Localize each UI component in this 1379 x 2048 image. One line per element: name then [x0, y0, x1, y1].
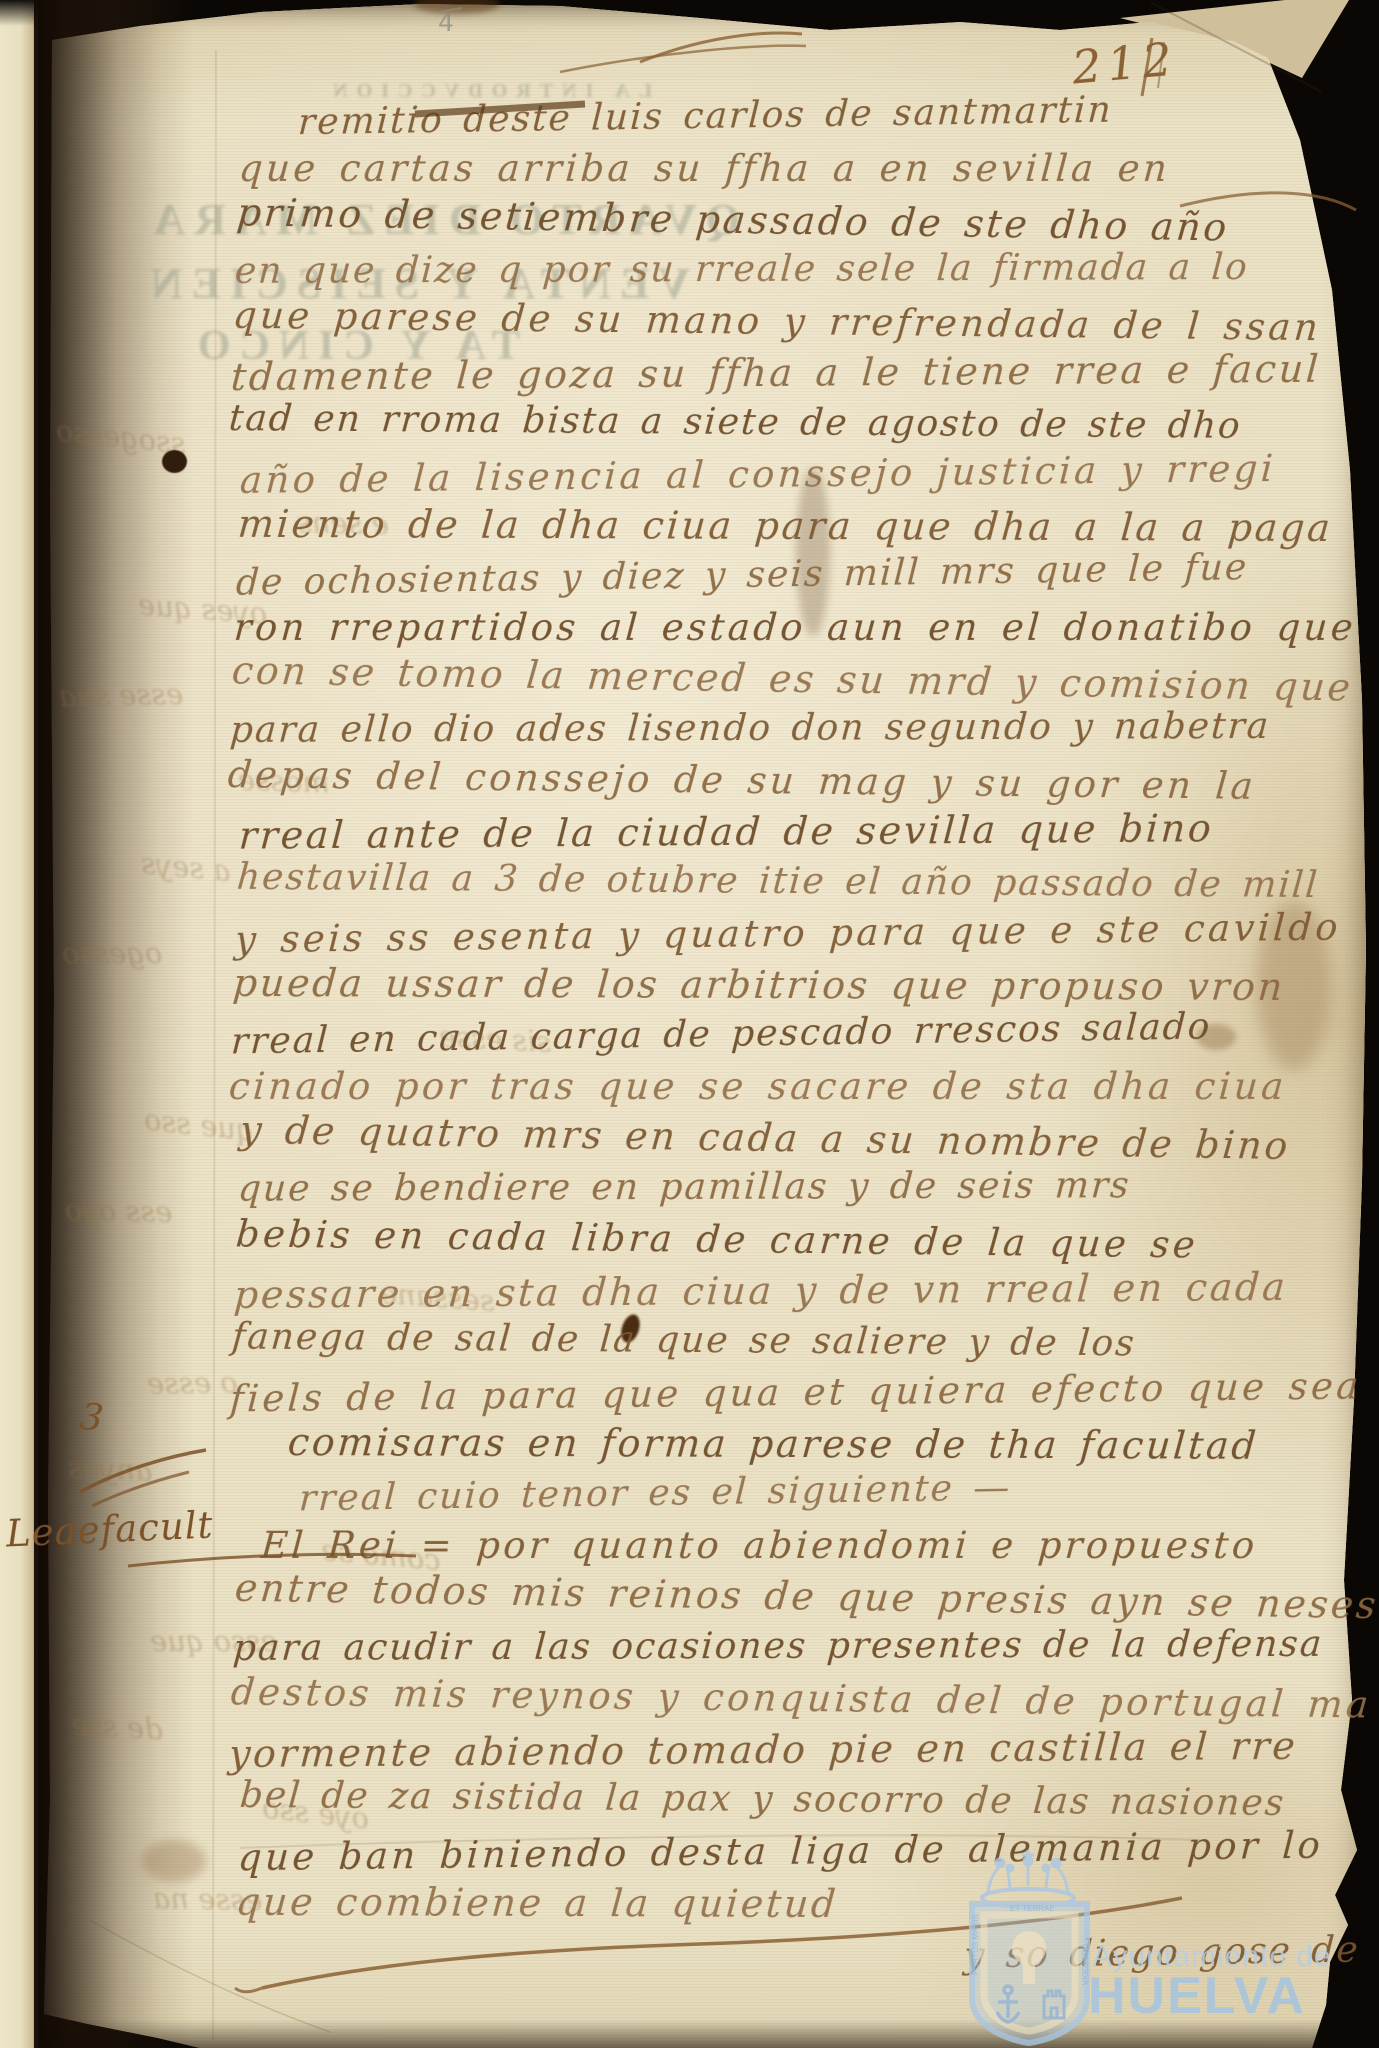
manuscript-line: remitio deste luis carlos de santmartin	[297, 90, 1114, 144]
manuscript-line: que se bendiere en pamillas y de seis mr…	[237, 1165, 1132, 1209]
manuscript-line: fiels de la para que qua et quiera efect…	[229, 1364, 1363, 1420]
manuscript-line: El Rei = por quanto abiendomi e propuest…	[259, 1524, 1259, 1567]
manuscript-line: para acudir a las ocasiones presentes de…	[232, 1624, 1325, 1669]
handwritten-text-block: remitio deste luis carlos de santmartinq…	[0, 0, 1379, 2048]
manuscript-line: y so diego gose de mis	[963, 1928, 1379, 1976]
manuscript-line: rreal ante de la ciudad de sevilla que b…	[238, 806, 1215, 858]
manuscript-line: tdamente le goza su ffha a le tiene rrea…	[230, 347, 1323, 399]
manuscript-line: destos mis reynos y conquista del de por…	[229, 1670, 1373, 1726]
margin-note: Leaefacult	[5, 1503, 214, 1555]
manuscript-line: rreal cuio tenor es el siguiente —	[298, 1468, 1012, 1520]
manuscript-line: entre todos mis reinos de que presis ayn…	[233, 1566, 1379, 1628]
manuscript-line: que combiene a la quietud	[234, 1880, 839, 1926]
manuscript-line: en que dize q por su rreale sele la firm…	[234, 247, 1250, 292]
manuscript-line: fanega de sal de la que se saliere y de …	[230, 1317, 1137, 1365]
manuscript-line: que cartas arriba su ffha a en sevilla e…	[237, 147, 1171, 190]
manuscript-line: que parese de su mano y rrefrendada de l…	[231, 294, 1323, 349]
manuscript-line: primo de setiembre passado de ste dho añ…	[235, 190, 1231, 249]
manuscript-photo: LA INTRODVCCION QVARTO DIEZ MARA VENTA Y…	[0, 0, 1379, 2048]
manuscript-line: de ochosientas y diez y seis mill mrs qu…	[235, 547, 1249, 604]
manuscript-line: comisaras en forma parese de tha faculta…	[286, 1420, 1260, 1468]
manuscript-line: pessare en sta dha ciua y de vn rreal en…	[233, 1265, 1289, 1317]
manuscript-line: rreal en cada carga de pescado rrescos s…	[230, 1006, 1213, 1062]
manuscript-line: ron rrepartidos al estado aun en el dona…	[232, 606, 1357, 649]
manuscript-line: que ban biniendo desta liga de alemania …	[237, 1824, 1325, 1880]
manuscript-line: hestavilla a 3 de otubre itie el año pas…	[235, 857, 1320, 906]
manuscript-line: yormente abiendo tomado pie en castilla …	[228, 1724, 1299, 1776]
pencil-foliation-mark: 4	[438, 8, 454, 37]
manuscript-line: bel de za sistida la pax y socorro de la…	[238, 1775, 1286, 1824]
manuscript-line: pueda ussar de los arbitrios que propuso…	[231, 961, 1286, 1009]
manuscript-line: y de quatro mrs en cada a su nombre de b…	[238, 1108, 1292, 1168]
manuscript-line: miento de la dha ciua para que dha a la …	[236, 502, 1334, 550]
manuscript-line: y seis ss esenta y quatro para que e ste…	[234, 906, 1343, 962]
manuscript-line: tad en rroma bista a siete de agosto de …	[227, 398, 1243, 447]
manuscript-line: para ello dio ades lisendo don segundo y…	[229, 706, 1272, 751]
manuscript-line: depas del conssejo de su mag y su gor en…	[226, 753, 1258, 808]
manuscript-line: con se tomo la merced es su mrd y comisi…	[230, 648, 1354, 709]
manuscript-line: cinado por tras que se sacare de sta dha…	[227, 1065, 1288, 1108]
manuscript-line: año de la lisencia al conssejo justicia …	[239, 447, 1278, 502]
manuscript-line: bebis en cada libra de carne de la que s…	[234, 1212, 1200, 1266]
folio-number: 212	[1070, 31, 1180, 94]
